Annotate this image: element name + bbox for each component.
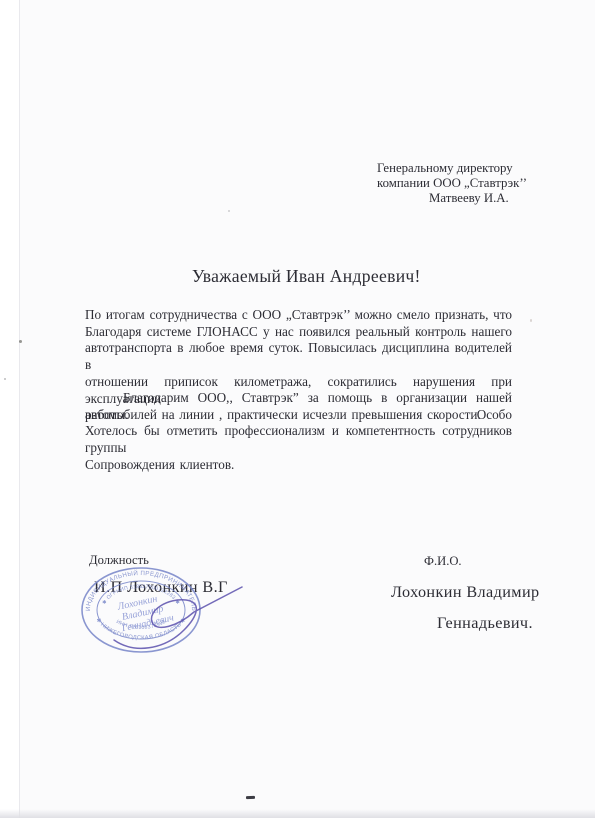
scan-speck: [4, 378, 6, 380]
position-value: И.П Лохонкин В.Г: [94, 578, 228, 597]
scan-left-edge: [0, 0, 20, 818]
body-paragraph-2: Благодарим ООО,, Ставтрэк” за помощь в о…: [85, 390, 512, 474]
body-line: автотранспорта в любое время суток. Повы…: [85, 340, 512, 373]
salutation: Уважаемый Иван Андреевич!: [192, 266, 421, 287]
fio-line: Лохонкин Владимир: [391, 577, 561, 608]
addressee-line: Матвееву И.А.: [377, 191, 587, 206]
scan-speck: [228, 210, 230, 212]
scan-speck: [19, 340, 22, 343]
scan-bottom-shadow: [0, 809, 595, 818]
scan-speck: [530, 319, 532, 322]
fio-label: Ф.И.О.: [424, 554, 462, 569]
body-line: Сопровождения клиентов.: [85, 457, 512, 474]
addressee-block: Генеральному директору компании ООО „Ста…: [377, 161, 587, 205]
scanned-letter-page: { "page": { "background": "#fbfbfc", "te…: [0, 0, 595, 818]
body-line: По итогам сотрудничества с ООО „Ставтрэк…: [85, 307, 512, 324]
fio-value: Лохонкин Владимир Геннадьевич.: [391, 577, 561, 639]
body-line: Хотелось бы отметить профессионализм и к…: [85, 423, 512, 456]
addressee-line: компании ООО „Ставтрэк’’: [377, 176, 587, 191]
body-line: Благодаря системе ГЛОНАСС у нас появился…: [85, 324, 512, 341]
body-line: Благодарим ООО,, Ставтрэк” за помощь в о…: [85, 390, 512, 423]
fio-line: Геннадьевич.: [391, 608, 561, 639]
addressee-line: Генеральному директору: [377, 161, 587, 176]
scan-mark: [246, 796, 255, 799]
position-label: Должность: [89, 553, 149, 568]
